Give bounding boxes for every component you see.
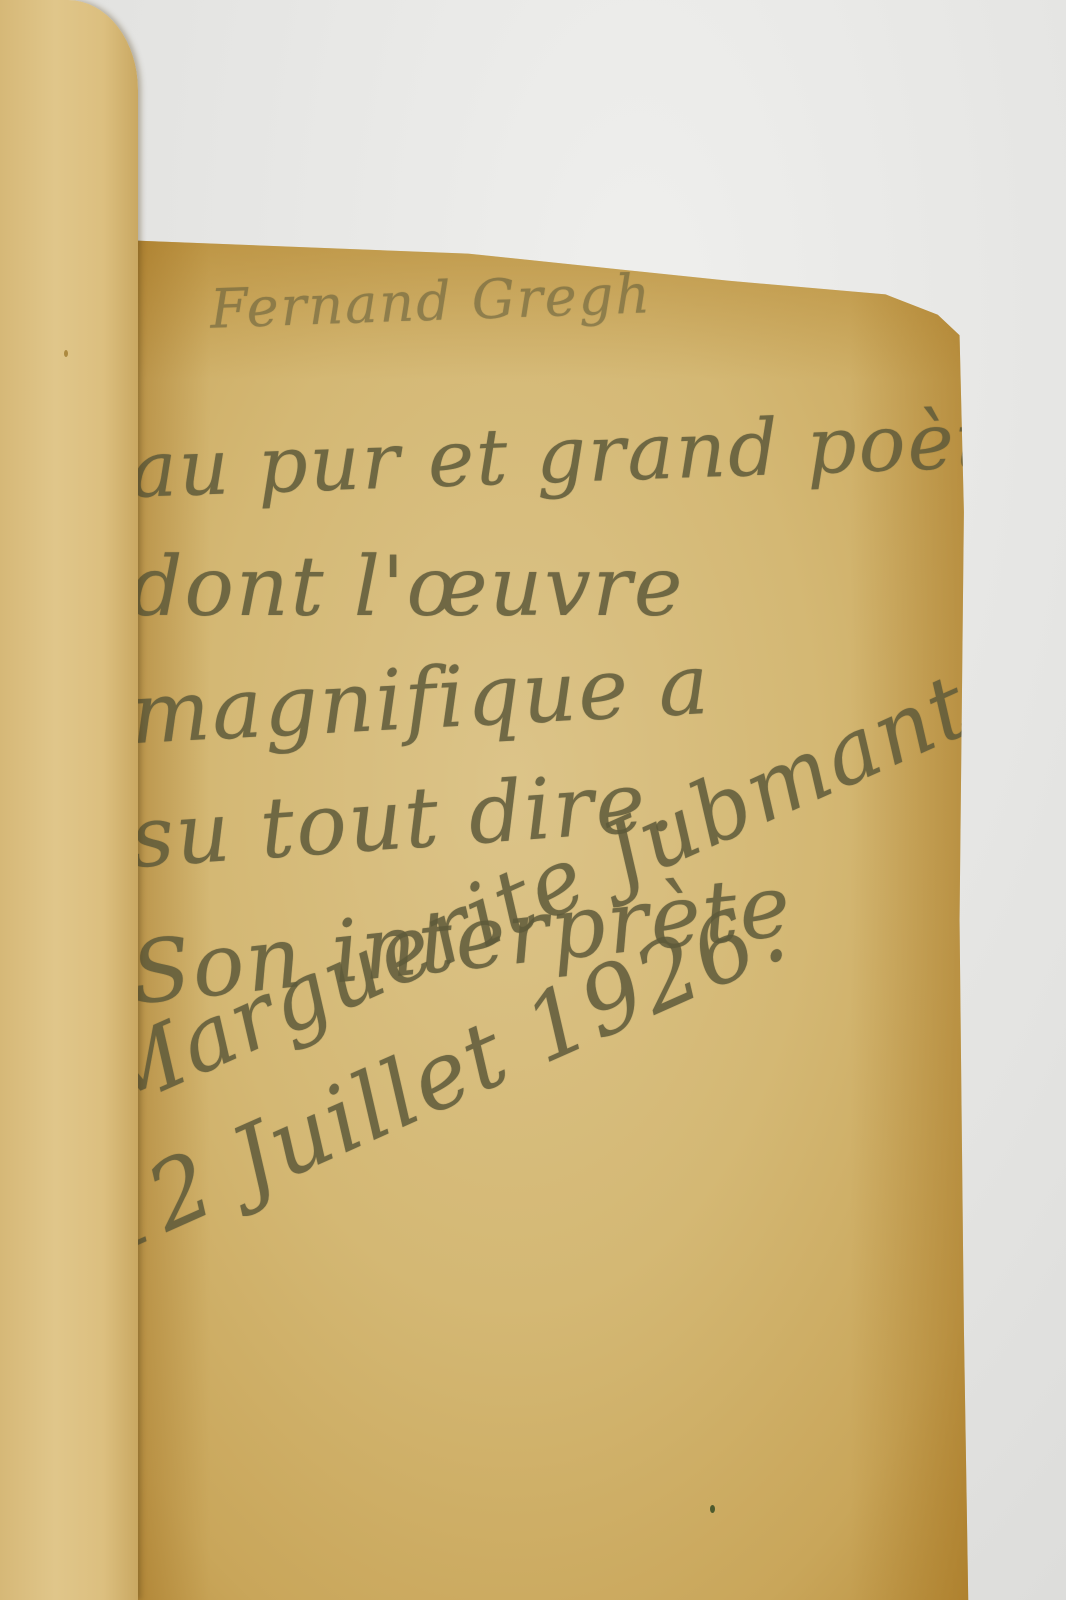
inscription-line-dedicatee: Fernand Gregh bbox=[209, 262, 653, 340]
inscription-line-4: magnifique a bbox=[128, 635, 713, 763]
paper-fleck bbox=[64, 350, 68, 357]
paper-speck bbox=[710, 1505, 715, 1513]
handwritten-dedication: Fernand Gregh au pur et grand poète dont… bbox=[120, 240, 990, 1600]
inscription-line-2: au pur et grand poète bbox=[129, 394, 1039, 516]
inscription-line-3: dont l'œuvre bbox=[130, 540, 684, 635]
right-book-page-flyleaf: Fernand Gregh au pur et grand poète dont… bbox=[120, 240, 990, 1600]
left-book-page bbox=[0, 0, 138, 1600]
